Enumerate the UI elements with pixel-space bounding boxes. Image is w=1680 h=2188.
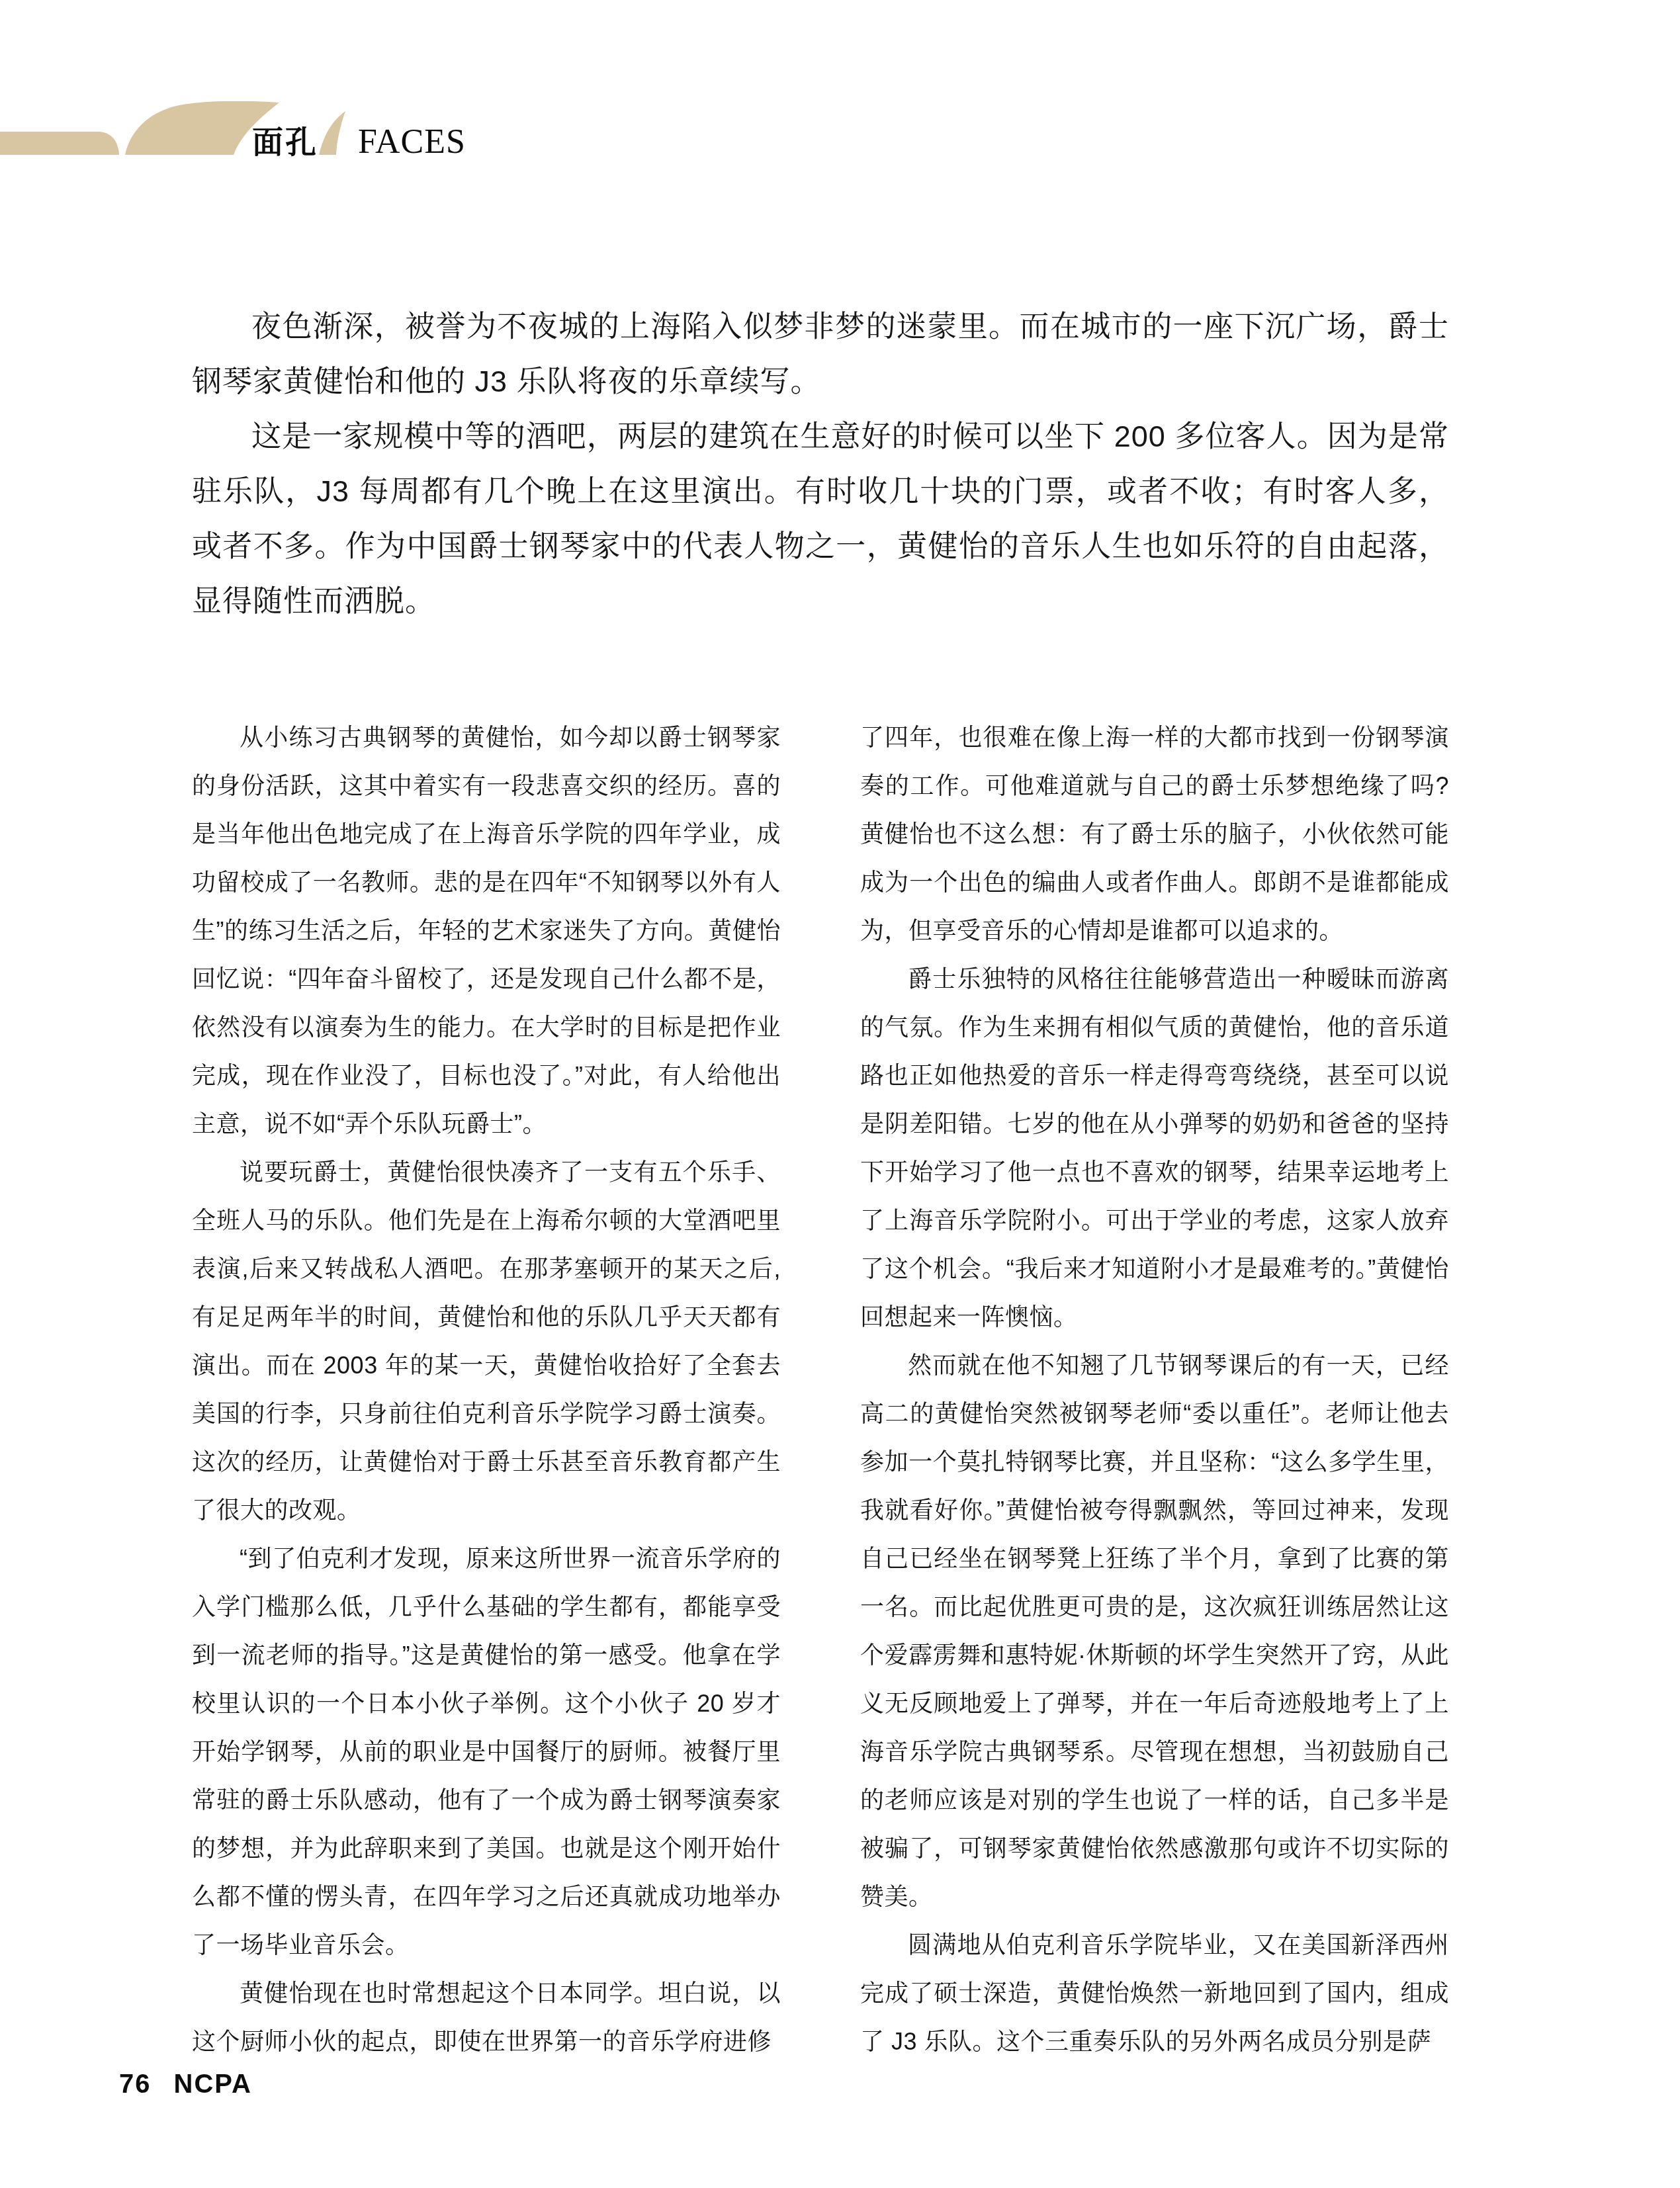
page-number: 76 (119, 2070, 152, 2099)
body-paragraph: 说要玩爵士，黄健怡很快凑齐了一支有五个乐手、全班人马的乐队。他们先是在上海希尔顿… (192, 1148, 781, 1534)
body-paragraph: 爵士乐独特的风格往往能够营造出一种暧昧而游离的气氛。作为生来拥有相似气质的黄健怡… (860, 955, 1449, 1341)
article-intro: 夜色渐深，被誉为不夜城的上海陷入似梦非梦的迷蒙里。而在城市的一座下沉广场，爵士钢… (192, 299, 1449, 629)
body-paragraph: 从小练习古典钢琴的黄健怡，如今却以爵士钢琴家的身份活跃，这其中着实有一段悲喜交织… (192, 713, 781, 1148)
body-paragraph: 然而就在他不知翘了几节钢琴课后的有一天，已经高二的黄健怡突然被钢琴老师“委以重任… (860, 1341, 1449, 1921)
section-title-chinese: 面孔 (252, 126, 318, 157)
journal-brand: NCPA (174, 2070, 252, 2099)
intro-paragraph: 夜色渐深，被誉为不夜城的上海陷入似梦非梦的迷蒙里。而在城市的一座下沉广场，爵士钢… (192, 299, 1449, 409)
header-small-swoosh-shape (319, 111, 345, 155)
article-left-column: 从小练习古典钢琴的黄健怡，如今却以爵士钢琴家的身份活跃，这其中着实有一段悲喜交织… (192, 713, 781, 2066)
body-paragraph: 了四年，也很难在像上海一样的大都市找到一份钢琴演奏的工作。可他难道就与自己的爵士… (860, 713, 1449, 955)
body-paragraph: “到了伯克利才发现，原来这所世界一流音乐学府的入学门槛那么低，几乎什么基础的学生… (192, 1534, 781, 1969)
body-paragraph: 黄健怡现在也时常想起这个日本同学。坦白说，以这个厨师小伙的起点，即使在世界第一的… (192, 1969, 781, 2066)
header-bar-shape (0, 132, 119, 155)
section-title-english: FACES (358, 125, 466, 159)
magazine-page: 面孔 FACES 夜色渐深，被誉为不夜城的上海陷入似梦非梦的迷蒙里。而在城市的一… (0, 0, 1680, 2188)
article-right-column: 了四年，也很难在像上海一样的大都市找到一份钢琴演奏的工作。可他难道就与自己的爵士… (860, 713, 1449, 2066)
intro-paragraph: 这是一家规模中等的酒吧，两层的建筑在生意好的时候可以坐下 200 多位客人。因为… (192, 409, 1449, 629)
page-footer: 76NCPA (119, 2070, 252, 2099)
body-paragraph: 圆满地从伯克利音乐学院毕业，又在美国新泽西州完成了硕士深造，黄健怡焕然一新地回到… (860, 1921, 1449, 2066)
